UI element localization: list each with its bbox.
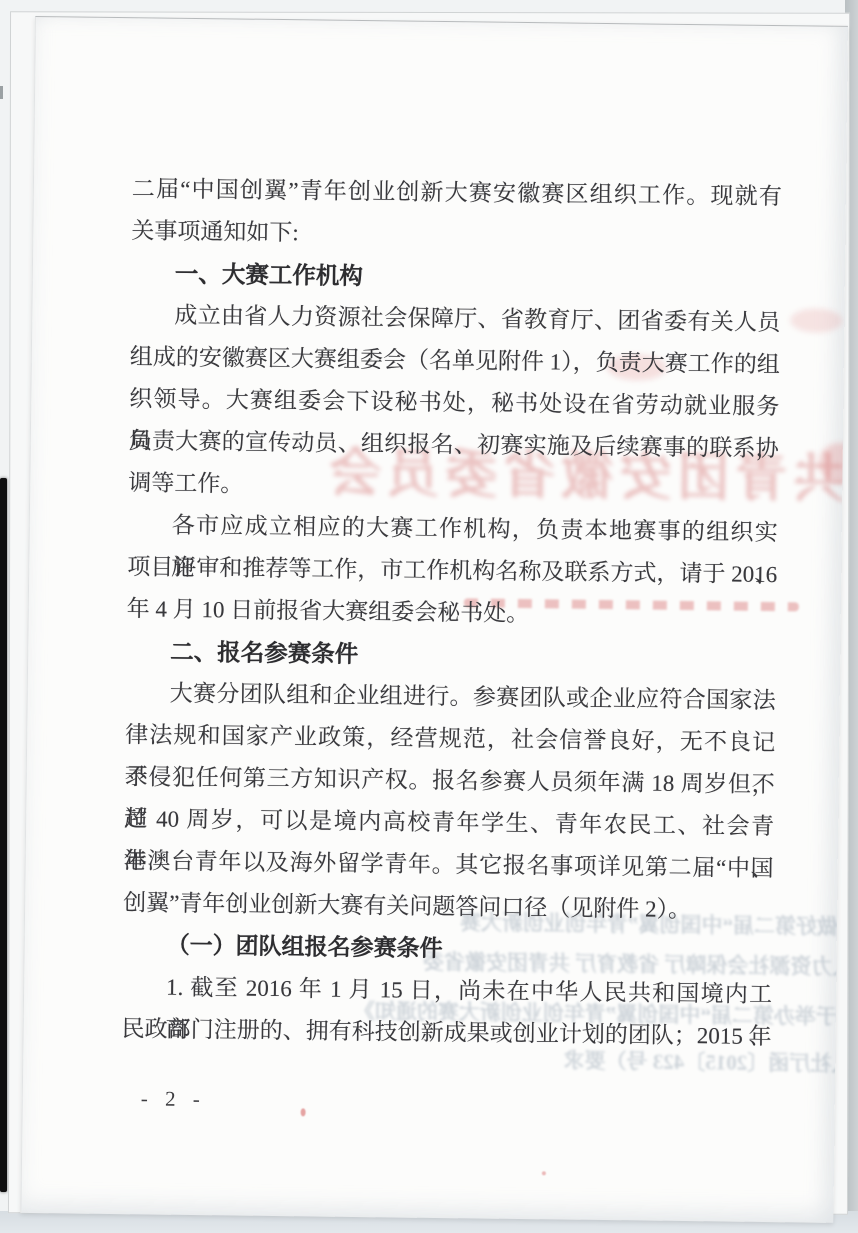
red-speck [301, 1108, 306, 1116]
scan-artifact [0, 86, 3, 99]
text-line: 民政部门注册的、拥有科技创新成果或创业计划的团队；2015 年 [121, 1008, 771, 1058]
paper-page: 共青团安徽省委员会 关于做好第二届“中国创翼”青年创业创新大赛省人力资源社会保障… [20, 16, 848, 1223]
document-text: 二届“中国创翼”青年创业创新大赛安徽赛区组织工作。现就有关事项通知如下:一、大赛… [121, 168, 782, 1058]
page-number: - 2 - [141, 1086, 206, 1112]
scanned-document: 共青团安徽省委员会 关于做好第二届“中国创翼”青年创业创新大赛省人力资源社会保障… [0, 0, 858, 1233]
scanner-edge-left-dark [0, 478, 7, 1192]
red-bleed-smudge [790, 308, 842, 333]
red-speck [542, 1171, 546, 1175]
